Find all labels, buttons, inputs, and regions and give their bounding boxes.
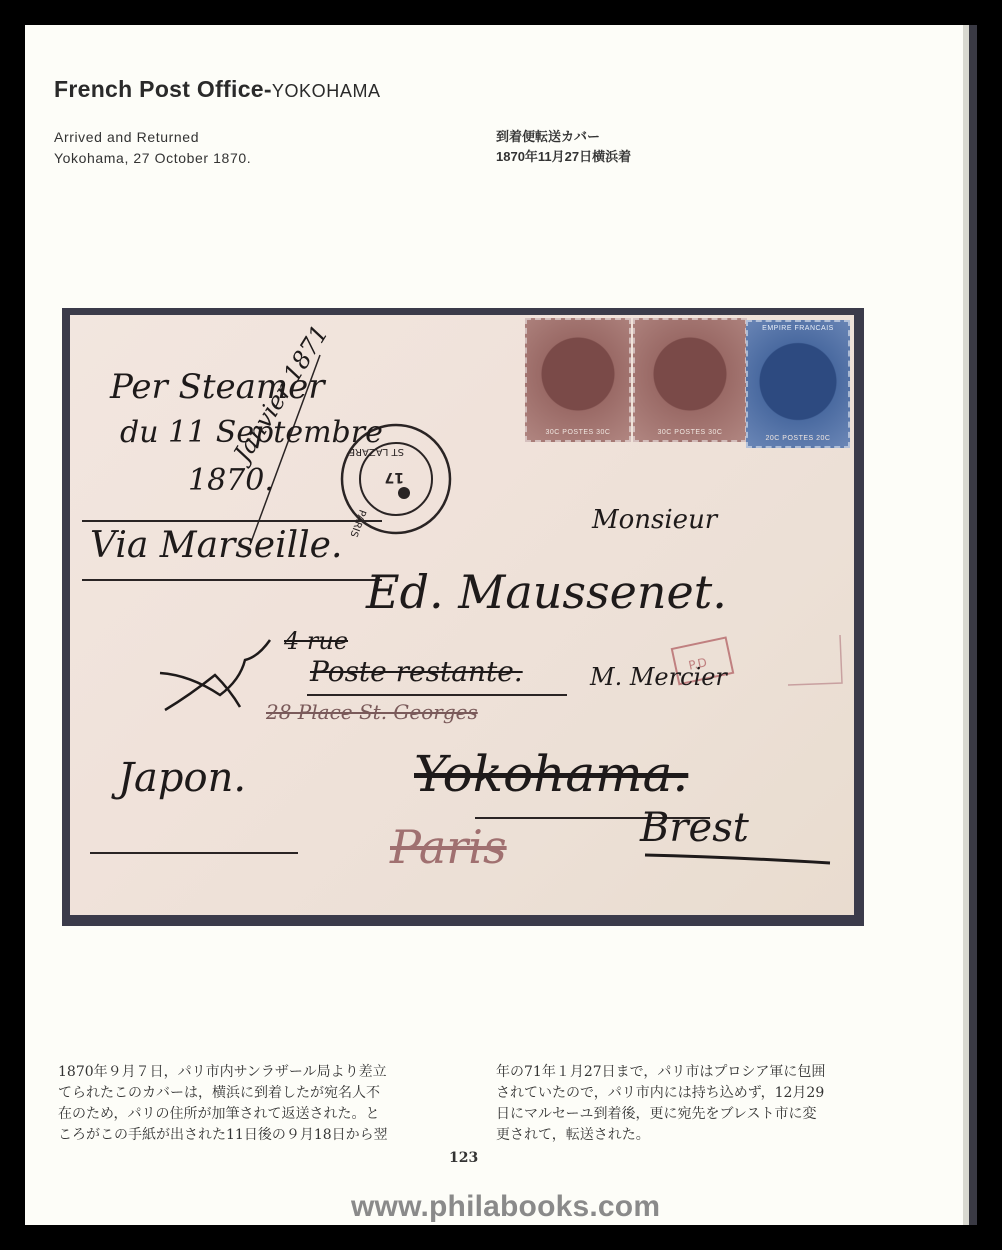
postal-cover-image: ST LAZARE PARIS 17 P.D 30C POSTES 30C 30…	[70, 315, 854, 915]
hand-monsieur: Monsieur	[592, 505, 717, 535]
page-number: 123	[449, 1150, 478, 1166]
hand-yokohama-struck: Yokohama.	[414, 745, 688, 803]
hand-paris-struck: Paris	[390, 820, 507, 874]
caption-jp-line1: 到着便転送カバー	[496, 127, 631, 147]
hand-poste-restante: Poste restante.	[310, 655, 523, 688]
caption-english: Arrived and Returned Yokohama, 27 Octobe…	[54, 127, 251, 169]
hand-via-marseille: Via Marseille.	[90, 525, 342, 566]
body-text-col2: 年の71年１月27日まで，パリ市はプロシア軍に包囲 されていたので，パリ市内には…	[496, 1062, 825, 1146]
hand-street-struck: 28 Place St. Georges	[266, 700, 478, 724]
hand-rue-struck: 4 rue	[284, 627, 348, 655]
caption-jp-line2: 1870年11月27日横浜着	[496, 147, 631, 167]
caption-en-line2: Yokohama, 27 October 1870.	[54, 148, 251, 169]
caption-en-line1: Arrived and Returned	[54, 127, 251, 148]
stamp-30c-1: 30C POSTES 30C	[525, 318, 631, 442]
svg-text:17: 17	[385, 469, 404, 485]
hand-brest: Brest	[640, 805, 749, 851]
hand-year: 1870.	[188, 463, 274, 498]
page-title: French Post Office-YOKOHAMA	[54, 76, 381, 103]
title-place: YOKOHAMA	[272, 81, 381, 101]
watermark-url: www.philabooks.com	[351, 1190, 660, 1224]
title-main: French Post Office-	[54, 76, 272, 102]
hand-agent-mercier: M. Mercier	[590, 663, 727, 691]
caption-japanese: 到着便転送カバー 1870年11月27日横浜着	[496, 127, 631, 167]
body-text-col1: 1870年９月７日，パリ市内サンラザール局より差立 てられたこのカバーは，横浜に…	[58, 1062, 388, 1146]
book-binding-edge	[969, 25, 977, 1225]
stamp-20c-blue: EMPIRE FRANCAIS 20C POSTES 20C	[746, 320, 850, 448]
hand-country-japon: Japon.	[118, 755, 246, 801]
stamp-30c-2: 30C POSTES 30C	[633, 318, 747, 442]
hand-recipient-name: Ed. Maussenet.	[366, 565, 727, 619]
